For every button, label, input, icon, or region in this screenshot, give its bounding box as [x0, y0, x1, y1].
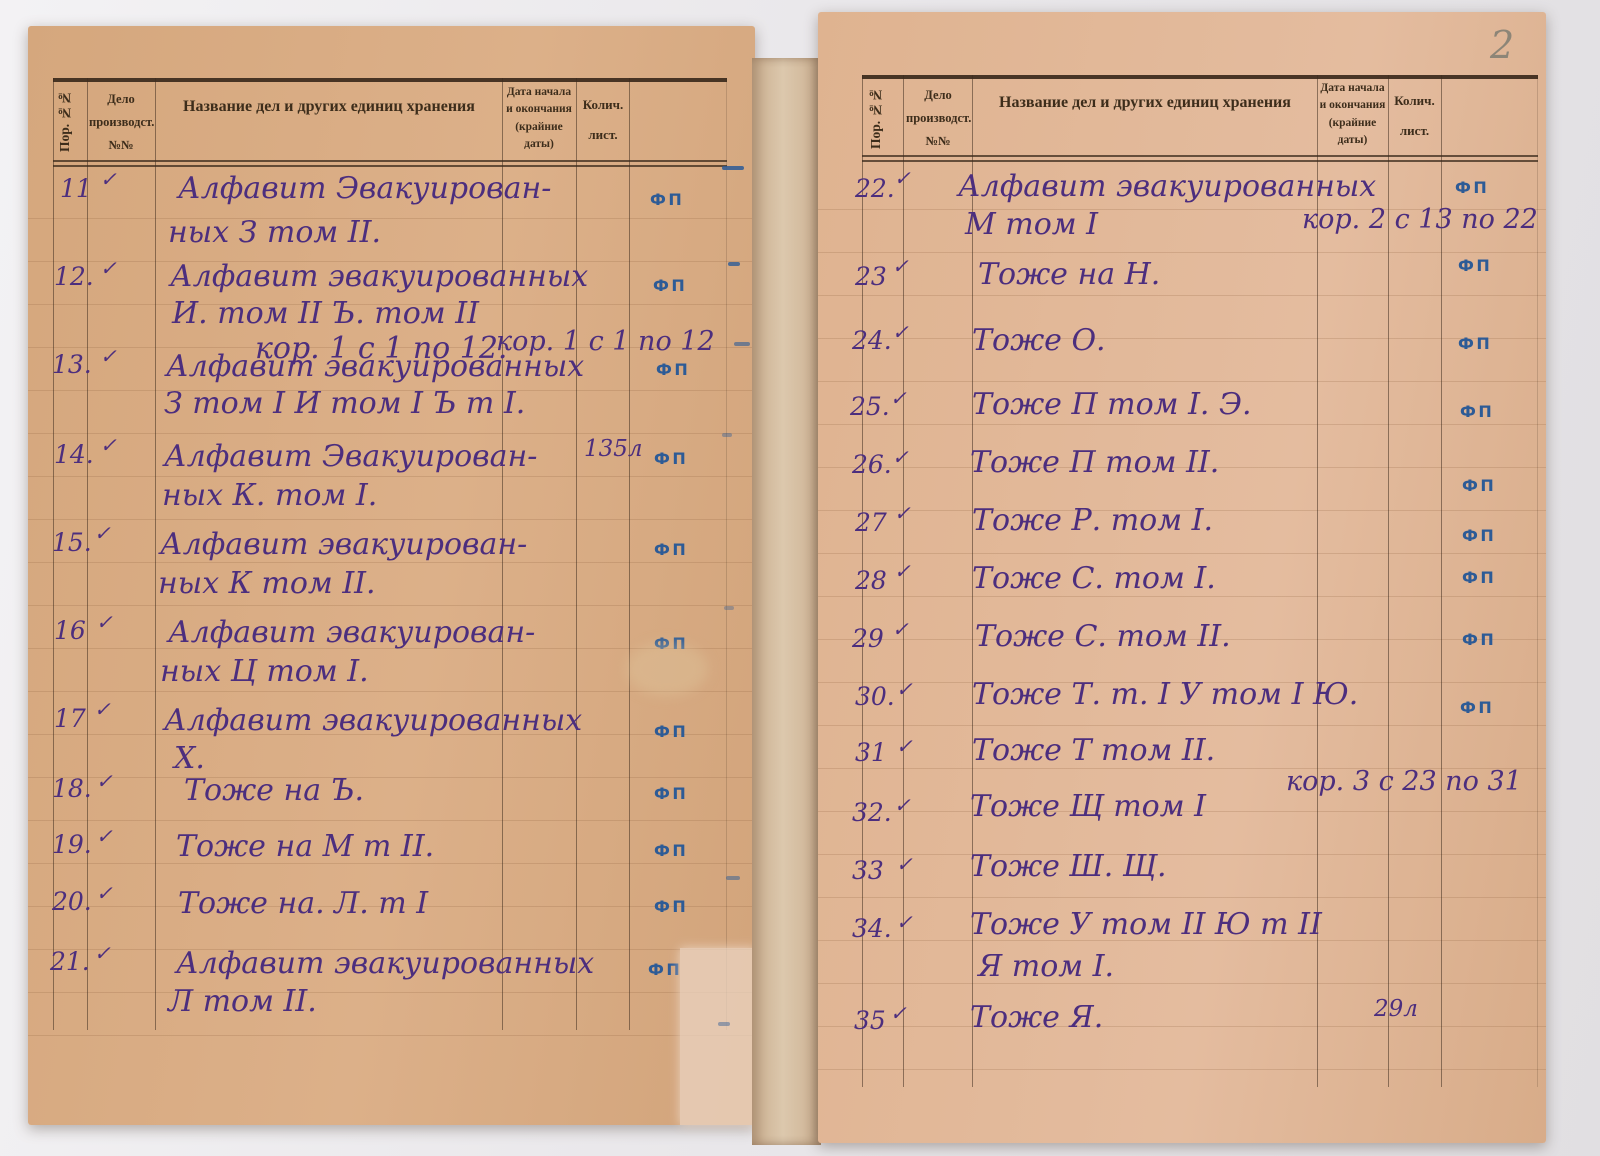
- entry-text: Алфавит эвакуированных: [958, 172, 1376, 202]
- table-border: [629, 78, 630, 1030]
- entry-text: Тоже О.: [972, 326, 1106, 356]
- entry-number: 23: [855, 264, 887, 289]
- entry-text: Тоже на. Л. т I: [178, 889, 428, 919]
- entry-text: Алфавит Эвакуирован-: [178, 174, 551, 204]
- entry-text: Тоже С. том II.: [975, 622, 1231, 652]
- entry-number: 26.: [852, 452, 892, 477]
- entry-number: 12.: [54, 264, 94, 289]
- checkmark: ✓: [894, 168, 911, 188]
- entry-text: ных К. том I.: [162, 481, 377, 511]
- entry-text: М том I: [965, 210, 1098, 240]
- fp-stamp: ФП: [1462, 632, 1496, 648]
- entry-text: Тоже Р. том I.: [972, 506, 1213, 536]
- entry-number: 11: [60, 176, 92, 201]
- ink-mark: [728, 262, 740, 266]
- table-border: [576, 78, 577, 1030]
- checkmark: ✓: [94, 943, 111, 963]
- entry-text: Тоже Щ том I: [970, 792, 1206, 822]
- entry-text: З том I И том I Ъ т I.: [164, 389, 525, 419]
- fp-stamp: ФП: [1462, 478, 1496, 494]
- fp-stamp: ФП: [1458, 336, 1492, 352]
- header-underline-2: [862, 160, 1538, 162]
- fp-stamp: ФП: [648, 962, 682, 978]
- entry-number: 19.: [52, 832, 92, 857]
- entry-text: Алфавит Эвакуирован-: [164, 442, 537, 472]
- checkmark: ✓: [100, 435, 117, 455]
- entry-text: Алфавит эвакуированных: [170, 262, 588, 292]
- fp-stamp: ФП: [656, 362, 690, 378]
- header-underline: [862, 155, 1538, 157]
- entry-number: 27: [855, 510, 887, 535]
- checkmark: ✓: [894, 795, 911, 815]
- col-header-delo: Дело производст. №№: [89, 88, 153, 157]
- entry-text: Тоже П том II.: [970, 448, 1219, 478]
- entry-number: 13.: [52, 352, 92, 377]
- checkmark: ✓: [896, 736, 913, 756]
- entry-text: Алфавит эвакуирован-: [160, 530, 527, 560]
- entry-text: ных К том II.: [158, 569, 376, 599]
- checkmark: ✓: [896, 912, 913, 932]
- ink-mark: [722, 433, 732, 437]
- checkmark: ✓: [100, 258, 117, 278]
- box-note: кор. 3 с 23 по 31: [1286, 768, 1522, 795]
- checkmark: ✓: [890, 1003, 907, 1023]
- entry-number: 29: [852, 626, 884, 651]
- col-header-name: Название дел и других единиц хранения: [976, 85, 1314, 122]
- pencil-smudge: [626, 642, 708, 696]
- entry-number: 35: [854, 1008, 886, 1033]
- entry-number: 17: [54, 706, 86, 731]
- entry-number: 32.: [852, 800, 892, 825]
- entry-number: 20.: [52, 889, 92, 914]
- col-header-date: Дата начала и окончания (крайние даты): [504, 84, 574, 153]
- col-header-por: Пор. №№: [57, 84, 83, 158]
- entry-text: Тоже Т том II.: [972, 736, 1215, 766]
- table-border: [155, 78, 156, 1030]
- col-header-name: Название дел и других единиц хранения: [158, 89, 500, 126]
- fp-stamp: ФП: [650, 192, 684, 208]
- sheet-count: 29л: [1374, 998, 1418, 1021]
- checkmark: ✓: [894, 561, 911, 581]
- fp-stamp: ФП: [1460, 404, 1494, 420]
- ink-mark: [726, 876, 740, 880]
- checkmark: ✓: [100, 346, 117, 366]
- entry-number: 14.: [54, 442, 94, 467]
- entry-text: Я том I.: [978, 952, 1114, 982]
- checkmark: ✓: [96, 771, 113, 791]
- entry-number: 33: [852, 858, 884, 883]
- entry-text: Тоже У том II Ю т II: [970, 910, 1322, 940]
- entry-text: Тоже Ш. Щ.: [970, 852, 1167, 882]
- ink-mark: [724, 606, 734, 610]
- fp-stamp: ФП: [654, 899, 688, 915]
- entry-text: Тоже Т. т. I У том I Ю.: [972, 680, 1358, 710]
- fp-stamp: ФП: [654, 542, 688, 558]
- ink-mark: [734, 342, 750, 346]
- entry-text: Тоже на Ъ.: [184, 776, 364, 806]
- entry-text: Алфавит эвакуированных: [166, 352, 584, 382]
- fp-stamp: ФП: [1462, 570, 1496, 586]
- entry-number: 15.: [52, 530, 92, 555]
- checkmark: ✓: [100, 169, 117, 189]
- entry-text: Тоже на М т II.: [176, 832, 434, 862]
- checkmark: ✓: [896, 679, 913, 699]
- checkmark: ✓: [896, 854, 913, 874]
- ink-mark: [718, 1022, 730, 1026]
- checkmark: ✓: [94, 699, 111, 719]
- entry-text: И. том II Ъ. том II: [172, 299, 479, 329]
- entry-number: 25.: [850, 394, 890, 419]
- page-right: 2 Пор. №№ Дело производст. №№ Название д…: [818, 12, 1546, 1143]
- entry-text: Алфавит эвакуирован-: [168, 618, 535, 648]
- checkmark: ✓: [890, 388, 907, 408]
- entry-text: Тоже на Н.: [978, 260, 1160, 290]
- col-header-date: Дата начала и окончания (крайние даты): [1319, 80, 1386, 149]
- page-number: 2: [1490, 26, 1514, 64]
- entry-number: 21.: [50, 949, 90, 974]
- sheet-count: 135л: [584, 438, 643, 461]
- entry-number: 31: [855, 740, 887, 765]
- entry-number: 28: [855, 568, 887, 593]
- checkmark: ✓: [96, 883, 113, 903]
- fp-stamp: ФП: [654, 724, 688, 740]
- entry-text: Алфавит эвакуированных: [164, 706, 582, 736]
- col-header-delo: Дело производст. №№: [906, 84, 970, 153]
- entry-number: 24.: [852, 328, 892, 353]
- ink-mark: [722, 166, 744, 170]
- checkmark: ✓: [94, 523, 111, 543]
- checkmark: ✓: [892, 256, 909, 276]
- fp-stamp: ФП: [653, 278, 687, 294]
- table-top-border: [862, 75, 1538, 79]
- entry-text: Алфавит эвакуированных: [176, 949, 594, 979]
- entry-number: 30.: [855, 684, 895, 709]
- checkmark: ✓: [892, 447, 909, 467]
- fp-stamp: ФП: [1460, 700, 1494, 716]
- col-header-qty: Колич. лист.: [578, 90, 628, 150]
- checkmark: ✓: [892, 322, 909, 342]
- entry-text: Тоже С. том I.: [972, 564, 1216, 594]
- table-border: [726, 78, 727, 1030]
- tape-patch: [680, 948, 756, 1125]
- fp-stamp: ФП: [654, 786, 688, 802]
- entry-text: ных Ц том I.: [160, 657, 369, 687]
- checkmark: ✓: [96, 826, 113, 846]
- entry-text: Л том II.: [168, 987, 317, 1017]
- entry-text: Х.: [174, 744, 205, 774]
- entry-number: 18.: [52, 776, 92, 801]
- fp-stamp: ФП: [1462, 528, 1496, 544]
- col-header-qty: Колич. лист.: [1390, 86, 1439, 146]
- entry-text: Тоже П том I. Э.: [972, 390, 1252, 420]
- entry-number: 34.: [852, 916, 892, 941]
- box-note: кор. 2 с 13 по 22: [1302, 206, 1538, 233]
- col-header-por: Пор. №№: [868, 82, 894, 154]
- fp-stamp: ФП: [1458, 258, 1492, 274]
- checkmark: ✓: [894, 503, 911, 523]
- entry-number: 16: [54, 618, 86, 643]
- scanned-document: Пор. №№ Дело производст. №№ Название дел…: [0, 0, 1600, 1156]
- entry-text: ных З том II.: [168, 218, 381, 248]
- checkmark: ✓: [96, 612, 113, 632]
- page-left: Пор. №№ Дело производст. №№ Название дел…: [28, 26, 755, 1125]
- entry-text: Тоже Я.: [970, 1003, 1103, 1033]
- binding-fold: [752, 58, 821, 1145]
- fp-stamp: ФП: [654, 843, 688, 859]
- fp-stamp: ФП: [654, 451, 688, 467]
- entry-number: 22.: [855, 176, 895, 201]
- checkmark: ✓: [892, 619, 909, 639]
- fp-stamp: ФП: [1455, 180, 1489, 196]
